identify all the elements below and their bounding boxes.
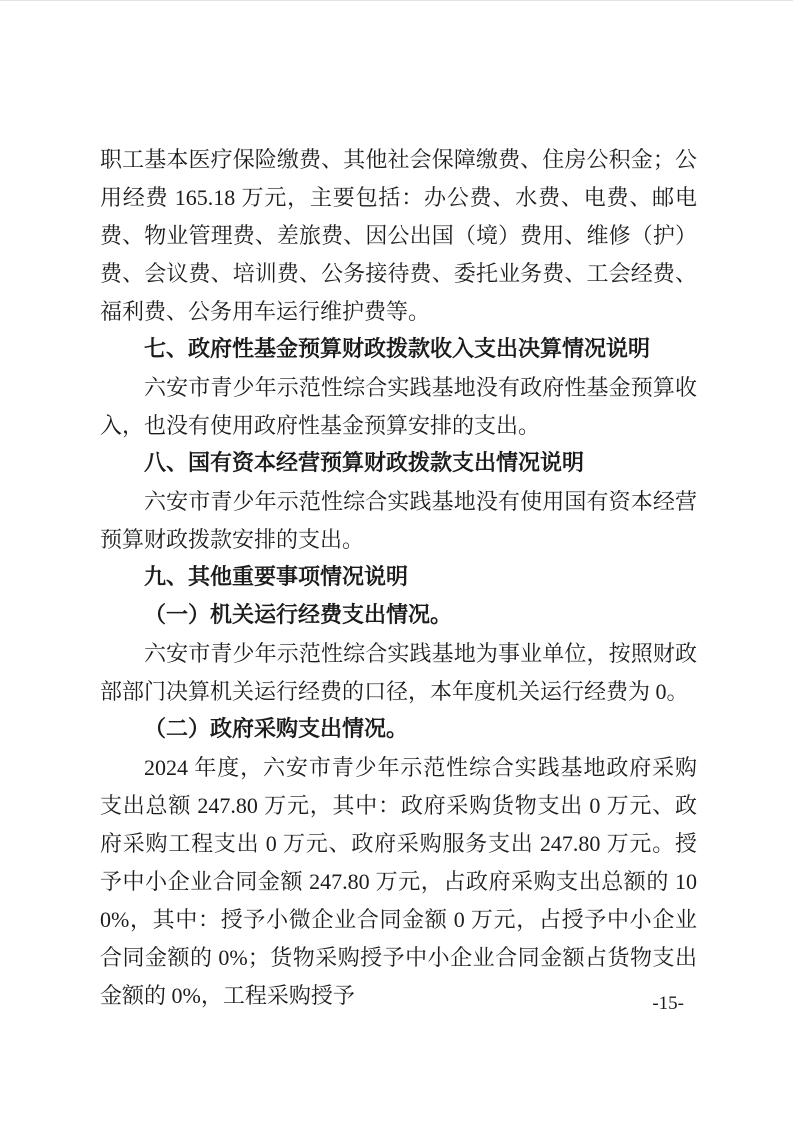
document-body: 职工基本医疗保险缴费、其他社会保障缴费、住房公积金；公用经费 165.18 万元… — [100, 141, 697, 1015]
paragraph: 六安市青少年示范性综合实践基地没有政府性基金预算收入，也没有使用政府性基金预算安… — [100, 369, 697, 445]
subsection-heading: （一）机关运行经费支出情况。 — [100, 597, 697, 635]
paragraph: 2024 年度，六安市青少年示范性综合实践基地政府采购支出总额 247.80 万… — [100, 749, 697, 1015]
section-heading: 八、国有资本经营预算财政拨款支出情况说明 — [100, 445, 697, 483]
page-number: -15- — [652, 993, 684, 1015]
subsection-heading: （二）政府采购支出情况。 — [100, 711, 697, 749]
document-page: 职工基本医疗保险缴费、其他社会保障缴费、住房公积金；公用经费 165.18 万元… — [0, 0, 793, 1122]
section-heading: 七、政府性基金预算财政拨款收入支出决算情况说明 — [100, 331, 697, 369]
paragraph: 六安市青少年示范性综合实践基地没有使用国有资本经营预算财政拨款安排的支出。 — [100, 483, 697, 559]
section-heading: 九、其他重要事项情况说明 — [100, 559, 697, 597]
paragraph-continuation: 职工基本医疗保险缴费、其他社会保障缴费、住房公积金；公用经费 165.18 万元… — [100, 141, 697, 331]
paragraph: 六安市青少年示范性综合实践基地为事业单位，按照财政部部门决算机关运行经费的口径，… — [100, 635, 697, 711]
